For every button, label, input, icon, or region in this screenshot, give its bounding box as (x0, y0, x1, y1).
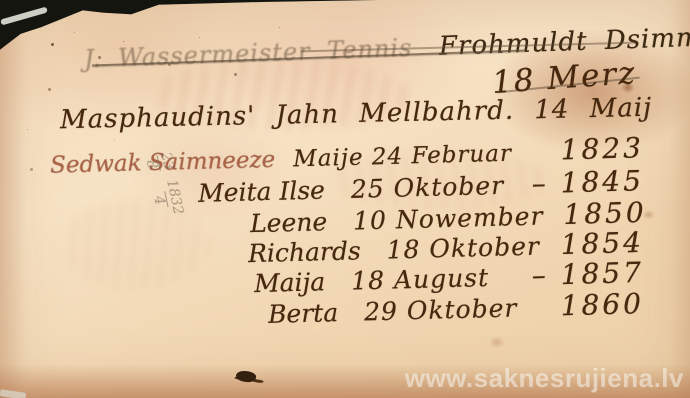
child-birthyear: – 1845 (511, 164, 644, 200)
wife-birthyear: 1823 (560, 131, 644, 166)
dash-mark: – (531, 167, 549, 200)
dash-mark: – (531, 258, 549, 291)
child-name: Maija (254, 267, 326, 298)
pencil-fraction: 1832 4 (148, 178, 185, 219)
heading-entry: Masphaudins' Jahn Mellbahrd. 14 Maij (60, 93, 653, 135)
pencil-denominator: 8 (143, 159, 159, 171)
year-value: 1845 (560, 164, 644, 199)
child-birthdate: 29 Oktober (364, 293, 518, 326)
ink-bleedthrough (60, 200, 210, 290)
site-watermark: www.saknesrujiena.lv (405, 363, 684, 394)
pencil-denominator: 4 (151, 195, 167, 207)
child-name: Berta (268, 298, 339, 329)
ink-blot (235, 369, 257, 384)
entry-surname-text: Frohmuldt Dsimmis (438, 22, 690, 62)
year-value: 1860 (560, 287, 644, 322)
child-birthyear: 1860 (540, 287, 644, 323)
child-name: Meita Ilse (198, 176, 326, 208)
year-value: 1857 (560, 256, 644, 291)
torn-edge-highlight (0, 7, 48, 26)
scanned-document: J. Wassermeister Tennis Frohmuldt Dsimmi… (0, 0, 690, 398)
child-birthdate: 25 Oktober (350, 171, 504, 204)
paper-sheet: J. Wassermeister Tennis Frohmuldt Dsimmi… (0, 0, 690, 398)
